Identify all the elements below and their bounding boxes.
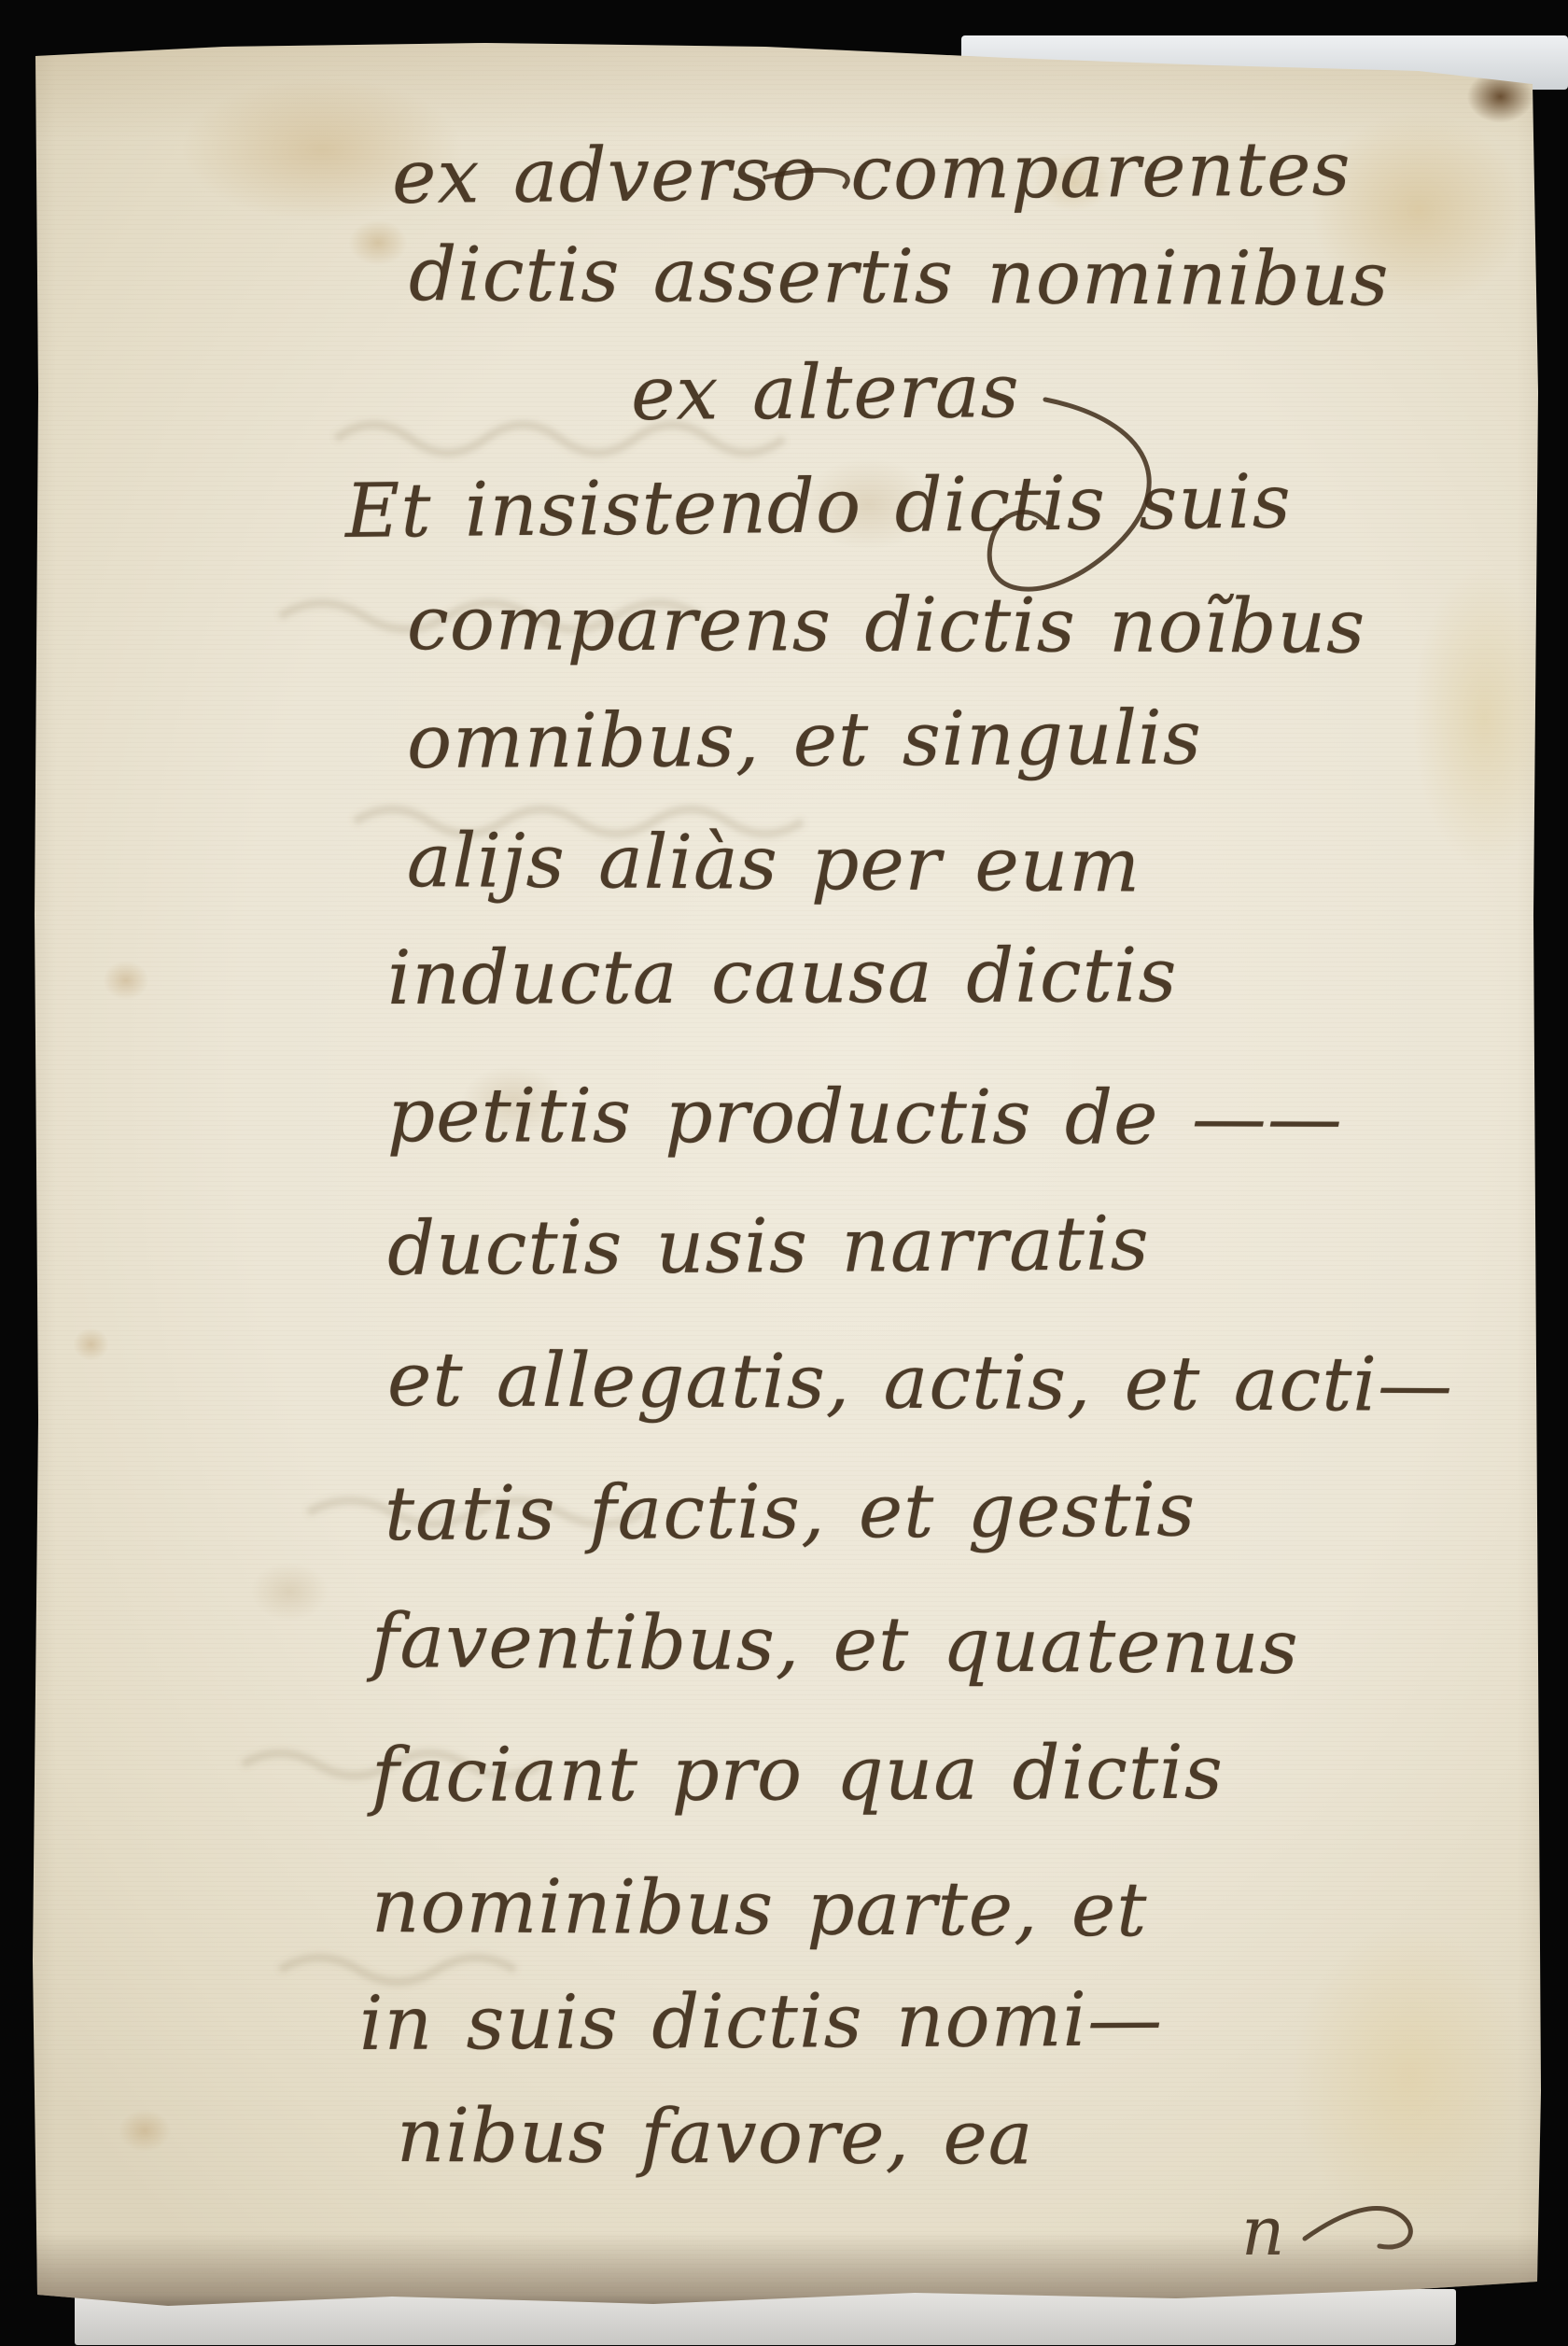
manuscript-line: ductis usis narratis <box>387 1206 1150 1286</box>
manuscript-line: tatis factis, et gestis <box>385 1472 1197 1552</box>
manuscript-line: alijs aliàs per eum <box>407 823 1141 903</box>
manuscript-line: et allegatis, actis, et acti— <box>387 1342 1453 1423</box>
manuscript-line: dictis assertis nominibus <box>409 237 1390 316</box>
manuscript-line: nibus favore, ea <box>397 2099 1034 2175</box>
manuscript-line: faciant pro qua dictis <box>371 1735 1224 1813</box>
manuscript-line: omnibus, et singulis <box>407 701 1202 780</box>
manuscript-line: nominibus parte, et <box>371 1869 1148 1947</box>
manuscript-line: faventibus, et quatenus <box>371 1604 1299 1685</box>
manuscript-line: petitis productis de —— <box>387 1078 1343 1157</box>
manuscript-page: ex adverso comparentes dictis assertis n… <box>0 0 1568 2346</box>
manuscript-line: inducta causa dictis <box>387 938 1178 1016</box>
manuscript-line: comparens dictis noĩbus <box>407 586 1365 665</box>
manuscript-line: ex alteras <box>631 354 1020 431</box>
manuscript-line: Et insistendo dictis suis <box>345 464 1292 549</box>
manuscript-line: ex adverso comparentes <box>392 132 1351 215</box>
scan-background: ex adverso comparentes dictis assertis n… <box>0 0 1568 2346</box>
manuscript-line: in suis dictis nomi— <box>359 1982 1164 2061</box>
